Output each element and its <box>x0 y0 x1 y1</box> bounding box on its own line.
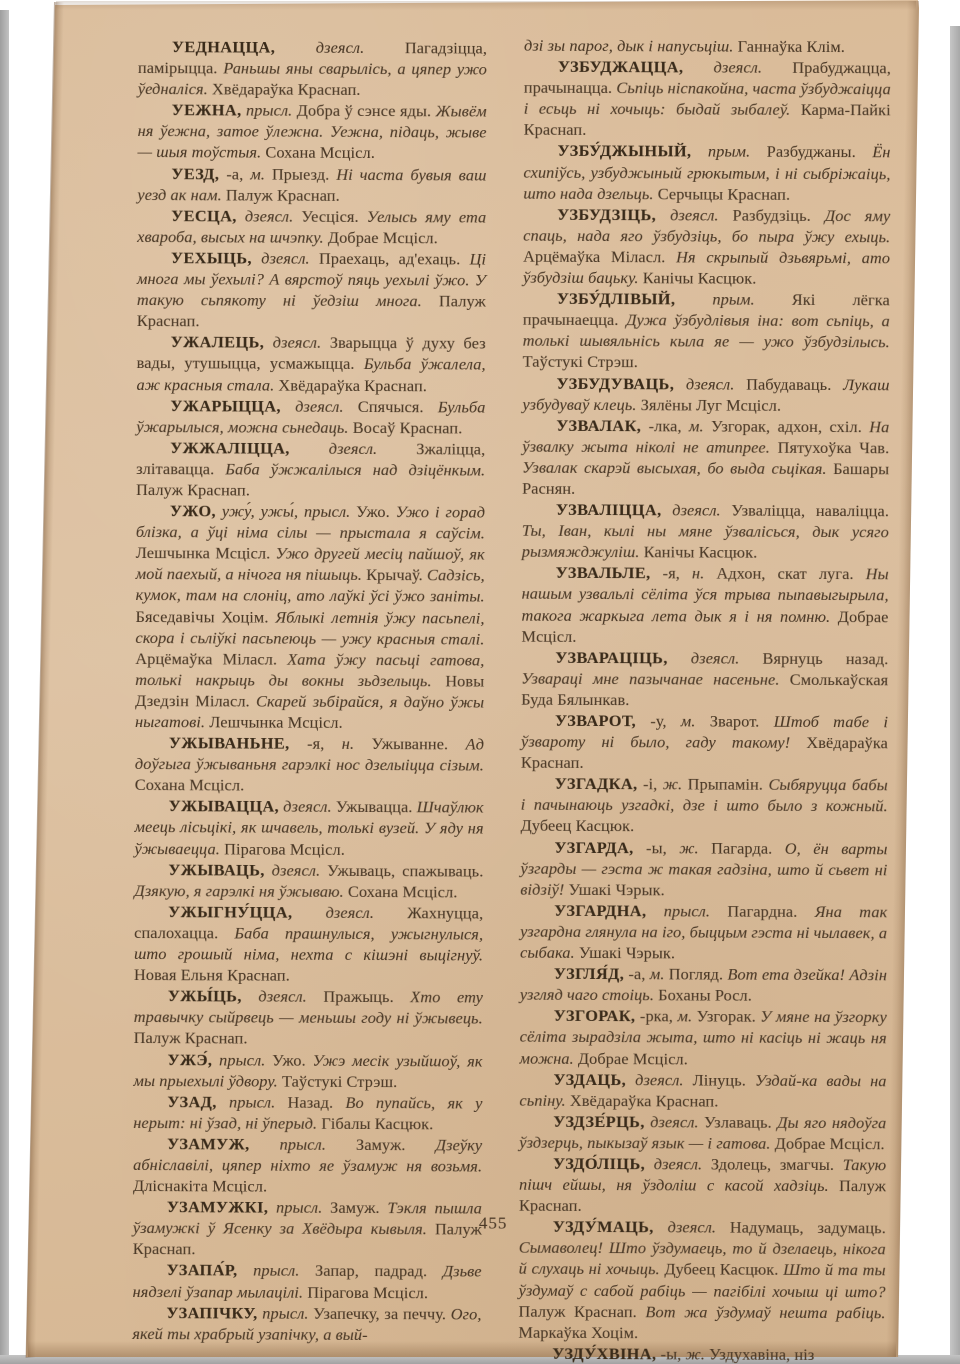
headword: УЖЫВАЦЬ, <box>168 860 264 879</box>
dictionary-entry: УЗАПА́Р, прысл. Запар, падрад. Дзьве няд… <box>132 1259 481 1303</box>
definition-text: Лінуць. <box>693 1070 746 1089</box>
headword: УЗДУ́МАЦЬ, <box>553 1217 654 1236</box>
grammar-label: дзеясл. <box>272 860 321 879</box>
definition-text: Ужо. <box>356 502 390 521</box>
definition-text: Спячыся. <box>358 397 424 416</box>
definition-text: -лка, <box>649 416 682 435</box>
dictionary-entry: УЗГОРАК, -рка, м. Узгорак. У мяне на ўзг… <box>520 1005 887 1070</box>
definition-text: Пагардна. <box>727 901 797 920</box>
headword: УЗВАЛЬЛЕ, <box>556 563 651 582</box>
dictionary-entry: УЗДЗЕ́РЦЬ, дзеясл. Узлаваць. Ды яго нядо… <box>519 1110 886 1154</box>
example-text: Вот жа ўздумаў нешта рабіць. <box>645 1302 885 1322</box>
grammar-label: ж. <box>679 838 699 857</box>
definition-text: -я, <box>663 564 680 583</box>
grammar-label: прысл. <box>262 1303 308 1322</box>
definition-text: Пражыць. <box>323 987 393 1006</box>
example-text: Узвалак скарэй высыхая, бо выда сьцікая. <box>522 458 827 478</box>
headword: УЖАРЫЦЦА, <box>170 396 281 415</box>
grammar-label: прысл. <box>219 1050 265 1069</box>
grammar-label: прысл. <box>276 1198 322 1217</box>
headword: УЕЖНА, <box>172 100 242 119</box>
headword: УЗДУ́ХВІНА, <box>552 1344 656 1363</box>
headword: УЗБУДЗІЦЬ, <box>557 205 656 224</box>
definition-text: Гібалы Касцюк. <box>321 1114 433 1133</box>
definition-text: -а, <box>226 164 243 183</box>
dictionary-entry: УЗВАРОТ, -у, м. Зварот. Штоб табе і ўзва… <box>521 710 888 775</box>
definition-text: Добра ў сэнсе яды. <box>297 101 432 121</box>
definition-text: Хвёдараўка Краснап. <box>212 80 361 100</box>
grammar-label: м. <box>677 1007 692 1026</box>
headword: УЕЗД, <box>171 164 219 183</box>
definition-text: Новая Ельня Краснап. <box>134 965 290 985</box>
example-text: Дзякую, я гарэлкі ня ўжываю. <box>134 881 344 901</box>
definition-text: -рка, <box>640 1007 673 1026</box>
definition-text: Вярнуць назад. <box>762 648 888 668</box>
definition-text: -ы, <box>661 1344 682 1363</box>
definition-text: Лешчынка Мсцісл. <box>209 712 343 732</box>
dictionary-entry: УЕДНАЦЦА, дзеясл. Пагадзіцца, памірыцца.… <box>138 36 487 101</box>
grammar-label: м. <box>250 164 265 183</box>
definition-text: Арцёмаўка Міласл. <box>523 247 665 267</box>
grammar-label: м. <box>689 416 704 435</box>
grammar-label: м. <box>650 964 665 983</box>
dictionary-entry: УЖО, ужу́, ужы́, прысл. Ужо. Ужо і горад… <box>135 500 485 734</box>
definition-text: Праехаць, ад'ехаць. <box>319 249 460 269</box>
headword: УЖАЛЕЦЬ, <box>171 332 265 351</box>
headword: УЗДЗЕ́РЦЬ, <box>553 1112 645 1131</box>
grammar-label: ж. <box>685 1344 705 1363</box>
grammar-label: дзеясл. <box>316 38 365 57</box>
headword: УЗБУ́ДЖЫНЫЙ, <box>557 141 691 161</box>
grammar-label: прым. <box>712 290 754 309</box>
dictionary-entry: УЗГАРДНА, прысл. Пагардна. Яна так узгар… <box>520 900 887 965</box>
dictionary-entry: УЖЫГНУ́ЦЦА, дзеясл. Жахнуцца, спалохацца… <box>134 901 483 987</box>
headword: УЗДО́ЛІЦЬ, <box>553 1154 645 1173</box>
definition-text: Сохана Мсцісл. <box>135 775 245 794</box>
dictionary-entry: УЗВАЛІЦЦА, дзеясл. Узваліцца, наваліцца.… <box>522 499 889 564</box>
definition-text: Дліснакіта Мсцісл. <box>133 1176 267 1196</box>
dictionary-entry: УЗДУ́МАЦЬ, дзеясл. Надумаць, задумаць. С… <box>518 1216 886 1344</box>
dictionary-entry: УЗБУ́ДЖЫНЫЙ, прым. Разбуджаны. Ён схипіў… <box>523 140 890 205</box>
headword: УЗГАРДНА, <box>554 901 646 920</box>
grammar-label: прысл. <box>664 901 710 920</box>
definition-text: Таўстукі Стрэш. <box>523 352 638 372</box>
definition-text: -у, <box>650 711 666 730</box>
grammar-label: дзеясл. <box>672 500 721 519</box>
definition-text: Ушакі Чэрык. <box>579 943 675 962</box>
page-number: 455 <box>479 1213 508 1233</box>
grammar-label: дзеясл. <box>329 439 378 458</box>
definition-text: Прыезд. <box>272 164 330 183</box>
definition-text: Маркаўка Хоцім. <box>518 1322 638 1342</box>
headword: УЗВАРАЦІЦЬ, <box>555 648 668 667</box>
dictionary-entry: УЖАРЫЦЦА, дзеясл. Спячыся. Бульба ўжарыл… <box>136 395 485 439</box>
definition-text: Замуж. <box>356 1135 406 1154</box>
dictionary-entry: УЗАД, прысл. Назад. Во пупайсь, як у нер… <box>133 1091 482 1135</box>
grammar-label: прысл. <box>229 1092 275 1111</box>
definition-text: Добрае Мсцісл. <box>775 1134 885 1153</box>
dictionary-entry: УЖЫВАЦЦА, дзеясл. Ужывацца. Шчаўлюк меец… <box>134 795 483 860</box>
headword: УЖЫ́ЦЬ, <box>168 986 242 1005</box>
grammar-label: прысл. <box>246 101 292 120</box>
dictionary-entry: УЗБУДЖАЦЦА, дзеясл. Прабуджацца, прачына… <box>524 56 891 142</box>
definition-text: Прыпамін. <box>688 775 763 794</box>
headword: УЖЫВАНЬНЕ, <box>169 733 290 753</box>
dictionary-entry: УЗВАЛАК, -лка, м. Узгорак, адхон, схіл. … <box>522 414 889 500</box>
headword: УЗБУ́ДЛІВЫЙ, <box>557 289 676 309</box>
definition-text: Замуж. <box>330 1198 380 1217</box>
headword: УЗВАЛАК, <box>556 416 641 435</box>
headword: УЕДНАЦЦА, <box>172 37 275 56</box>
definition-text: Серчыцы Краснап. <box>658 184 791 204</box>
grammar-label: прым. <box>708 142 750 161</box>
definition-text: Сохана Мсцісл. <box>265 143 375 162</box>
grammar-label: дзеясл. <box>325 903 374 922</box>
definition-text: Палуж Краснап. <box>136 480 250 499</box>
grammar-label: дзеясл. <box>635 1070 684 1089</box>
definition-text: Бяседавічы Хоцім. <box>135 607 268 627</box>
definition-text: Узваліцца, наваліцца. <box>731 501 889 521</box>
text-column-right: дзі зы парог, дык і напусьціш. Ганнаўка … <box>518 35 891 1364</box>
grammar-label: дзеясл. <box>691 648 740 667</box>
dictionary-entry: УЗАМУЖКІ, прысл. Замуж. Тэкля пышла ўзам… <box>133 1196 482 1261</box>
definition-text: Боханы Росл. <box>658 985 752 1004</box>
grammar-label: дзеясл. <box>668 1218 717 1237</box>
definition-text: Восаў Краснап. <box>353 418 463 437</box>
definition-text: Запар, падрад. <box>315 1261 427 1280</box>
definition-text: Ужыванне. <box>372 734 449 753</box>
headword: УЗГЛЯ́Д, <box>554 964 624 983</box>
definition-text: Адхон, скат луга. <box>716 564 853 584</box>
dictionary-entry: УЗБУДЗІЦЬ, дзеясл. Разбудзіць. Дос яму с… <box>523 203 890 289</box>
scanned-book-page: УЕДНАЦЦА, дзеясл. Пагадзіцца, памірыцца.… <box>0 0 960 1364</box>
definition-text: Пірагова Мсцісл. <box>307 1282 428 1302</box>
grammar-label: прысл. <box>280 1134 326 1153</box>
grammar-label: дзеясл. <box>273 333 322 352</box>
grammar-label: н. <box>342 734 354 753</box>
dictionary-entry: УЗВАРАЦІЦЬ, дзеясл. Вярнуць назад. Узвар… <box>521 646 888 711</box>
dictionary-entry: УЗДАЦЬ, дзеясл. Лінуць. Уздай-ка вады на… <box>519 1068 886 1112</box>
dictionary-entry: УЗБУ́ДЛІВЫЙ, прым. Які лёгка прачынаецца… <box>523 288 890 374</box>
definition-text: Палуж Краснап. <box>134 1028 248 1047</box>
definition-text: Канічы Касцюк. <box>644 542 758 561</box>
headword: УЗАПА́Р, <box>167 1261 238 1280</box>
definition-text: Ганнаўка Клім. <box>738 37 845 56</box>
headword: УЗГОРАК, <box>554 1006 636 1025</box>
headword: УЖО, <box>170 501 216 520</box>
definition-text: Уздухавіна, ніз <box>709 1344 814 1363</box>
dictionary-entry: УЖЫВАЦЬ, дзеясл. Ужываць, спажываць. Дзя… <box>134 859 483 903</box>
definition-text: Палуж Краснап. <box>518 1301 636 1321</box>
grammar-label: дзеясл. <box>258 987 307 1006</box>
grammar-label: ж. <box>663 775 683 794</box>
definition-text: Пагарда. <box>711 838 772 857</box>
dictionary-entry: УЗДУ́ХВІНА, -ы, ж. Уздухавіна, ніз <box>518 1342 885 1364</box>
dictionary-entry: УЗБУДУВАЦЬ, дзеясл. Пабудаваць. Лукаш уз… <box>522 372 889 416</box>
headword: УЕХЫЦЬ, <box>171 248 252 267</box>
definition-text: Узлаваць. <box>704 1112 772 1131</box>
headword: УЖЫВАЦЦА, <box>169 797 279 816</box>
headword: УЗБУДУВАЦЬ, <box>556 373 674 393</box>
headword: УЖЭ́, <box>168 1050 213 1069</box>
headword: УЗБУДЖАЦЦА, <box>558 57 684 77</box>
headword: УЗВАРОТ, <box>555 711 636 730</box>
dictionary-entry: УЕХЫЦЬ, дзеясл. Праехаць, ад'ехаць. Ці м… <box>137 247 486 333</box>
definition-text: -ы, <box>646 838 667 857</box>
definition-text: Уесціся. <box>301 206 358 225</box>
example-text: Узвараці мне пазычанае насеньне. <box>521 668 779 688</box>
grammar-label: дзеясл. <box>650 1112 699 1131</box>
dictionary-entry: УЖЭ́, прысл. Ужо. Ужэ месік узыйшоў, як … <box>133 1048 482 1092</box>
definition-text: Добрае Мсцісл. <box>328 228 438 247</box>
definition-text: Канічы Касцюк. <box>643 268 757 287</box>
definition-text: Погляд. <box>669 964 724 983</box>
definition-text: Ушакі Чэрык. <box>568 880 664 899</box>
dictionary-entry: УЗГАРДА, -ы, ж. Пагарда. О, ён варты ўзг… <box>520 836 887 901</box>
grammar-label: дзеясл. <box>295 396 344 415</box>
definition-text: Ужываць, спажываць. <box>327 860 483 880</box>
definition-text: -і, <box>643 774 657 793</box>
definition-text: Крычаў. <box>366 565 423 584</box>
dictionary-entry: УЗВАЛЬЛЕ, -я, н. Адхон, скат луга. Ны на… <box>521 562 888 648</box>
dictionary-entry: дзі зы парог, дык і напусьціш. Ганнаўка … <box>524 35 891 58</box>
dictionary-entry: УЖАЛЕЦЬ, дзеясл. Зварыцца ў духу без вад… <box>136 331 485 396</box>
grammar-label: н. <box>692 564 704 583</box>
definition-text: Здолець, змагчы. <box>711 1154 834 1174</box>
headword: УЕСЦА, <box>171 206 237 225</box>
definition-text: Узгорак. <box>697 1007 756 1026</box>
definition-text: Узапечку, за печчу. <box>313 1303 446 1323</box>
definition-text: Палуж Краснап. <box>226 185 340 204</box>
grammar-label: дзеясл. <box>283 797 332 816</box>
grammar-label: дзеясл. <box>654 1154 703 1173</box>
definition-text: Разбуджаны. <box>767 142 856 161</box>
definition-text: Хвёдараўка Краснап. <box>278 375 427 395</box>
text-column-left: УЕДНАЦЦА, дзеясл. Пагадзіцца, памірыцца.… <box>132 36 487 1345</box>
headword: УЖЖАЛІЦЦА, <box>170 438 290 458</box>
grammar-label: дзеясл. <box>261 248 310 267</box>
definition-text: Узгорак, адхон, схіл. <box>711 416 862 436</box>
definition-text: Добрае Мсцісл. <box>578 1048 688 1067</box>
example-text: Баба ўжжалілыся над дзіцёнкым. <box>225 459 485 479</box>
definition-text: Пятухоўка Чав. <box>778 438 890 457</box>
definition-text: -а, <box>628 964 645 983</box>
dictionary-entry: УЗГАДКА, -і, ж. Прыпамін. Сыбяруцца бабы… <box>521 773 888 838</box>
grammar-label: дзеясл. <box>714 58 763 77</box>
definition-text: Сохана Мсцісл. <box>348 882 458 901</box>
grammar-label: прысл. <box>253 1261 299 1280</box>
definition-text: Зялёны Луг Мсцісл. <box>641 395 781 415</box>
definition-text: Пірагова Мсцісл. <box>224 839 345 859</box>
definition-text: -я, <box>307 734 324 753</box>
definition-text: Лешчынка Мсцісл. <box>136 543 271 563</box>
headword: УЗГАРДА, <box>554 837 633 856</box>
page-text-layer: УЕДНАЦЦА, дзеясл. Пагадзіцца, памірыцца.… <box>0 0 960 1364</box>
definition-text: Хвёдараўка Краснап. <box>570 1091 719 1111</box>
definition-text: Дубеец Касцюк. <box>521 816 635 835</box>
headword: УЗАПІЧКУ, <box>166 1303 257 1322</box>
dictionary-entry: УЗГЛЯ́Д, -а, м. Погляд. Вот ета дзейка! … <box>520 963 887 1007</box>
headword: УЗАД, <box>167 1092 216 1111</box>
headword: УЗГАДКА, <box>555 774 638 793</box>
grammar-label: дзеясл. <box>686 374 735 393</box>
dictionary-entry: УЖЫ́ЦЬ, дзеясл. Пражыць. Хто ету травычк… <box>134 985 483 1050</box>
definition-text: Разбудзіць. <box>733 205 811 224</box>
example-text: дзі зы парог, дык і напусьціш. <box>524 36 734 56</box>
definition-text: Дубеец Касцюк. <box>664 1260 778 1279</box>
headword: УЗДАЦЬ, <box>553 1069 626 1088</box>
definition-text: Арцёмаўка Міласл. <box>135 649 277 669</box>
dictionary-entry: УЗДО́ЛІЦЬ, дзеясл. Здолець, змагчы. Таку… <box>519 1153 886 1218</box>
definition-text: Ужо. <box>272 1050 306 1069</box>
dictionary-entry: УЕЖНА, прысл. Добра ў сэнсе яды. Жывём н… <box>137 99 486 164</box>
grammar-label: дзеясл. <box>245 206 294 225</box>
dictionary-entry: УЕЗД, -а, м. Прыезд. Ні часта бувыя ваш … <box>137 163 486 207</box>
grammar-label: ужу́, ужы́, прысл. <box>222 501 351 521</box>
definition-text: Зварот. <box>710 711 760 730</box>
dictionary-entry: УЗАМУЖ, прысл. Замуж. Дзеўку абніславілі… <box>133 1133 482 1198</box>
definition-text: Ужывацца. <box>336 797 413 816</box>
dictionary-entry: УЖЫВАНЬНЕ, -я, н. Ужыванне. Ад доўгыга ў… <box>135 732 484 797</box>
headword: УЗАМУЖКІ, <box>167 1197 268 1216</box>
headword: УЗАМУЖ, <box>167 1134 249 1153</box>
definition-text: Назад. <box>287 1092 333 1111</box>
definition-text: Пабудаваць. <box>746 374 831 393</box>
headword: УЖЫГНУ́ЦЦА, <box>168 902 292 922</box>
dictionary-entry: УЖЖАЛІЦЦА, дзеясл. Зжаліцца, злітавацца.… <box>136 437 485 502</box>
definition-text: Таўстукі Стрэш. <box>282 1071 397 1091</box>
dictionary-entry: УЗАПІЧКУ, прысл. Узапечку, за печчу. Ого… <box>132 1302 481 1346</box>
definition-text: Надумаць, задумаць. <box>730 1218 886 1238</box>
headword: УЗВАЛІЦЦА, <box>556 500 662 519</box>
grammar-label: м. <box>681 711 696 730</box>
dictionary-entry: УЕСЦА, дзеясл. Уесціся. Уелысь яму ета х… <box>137 205 486 249</box>
grammar-label: дзеясл. <box>670 205 719 224</box>
